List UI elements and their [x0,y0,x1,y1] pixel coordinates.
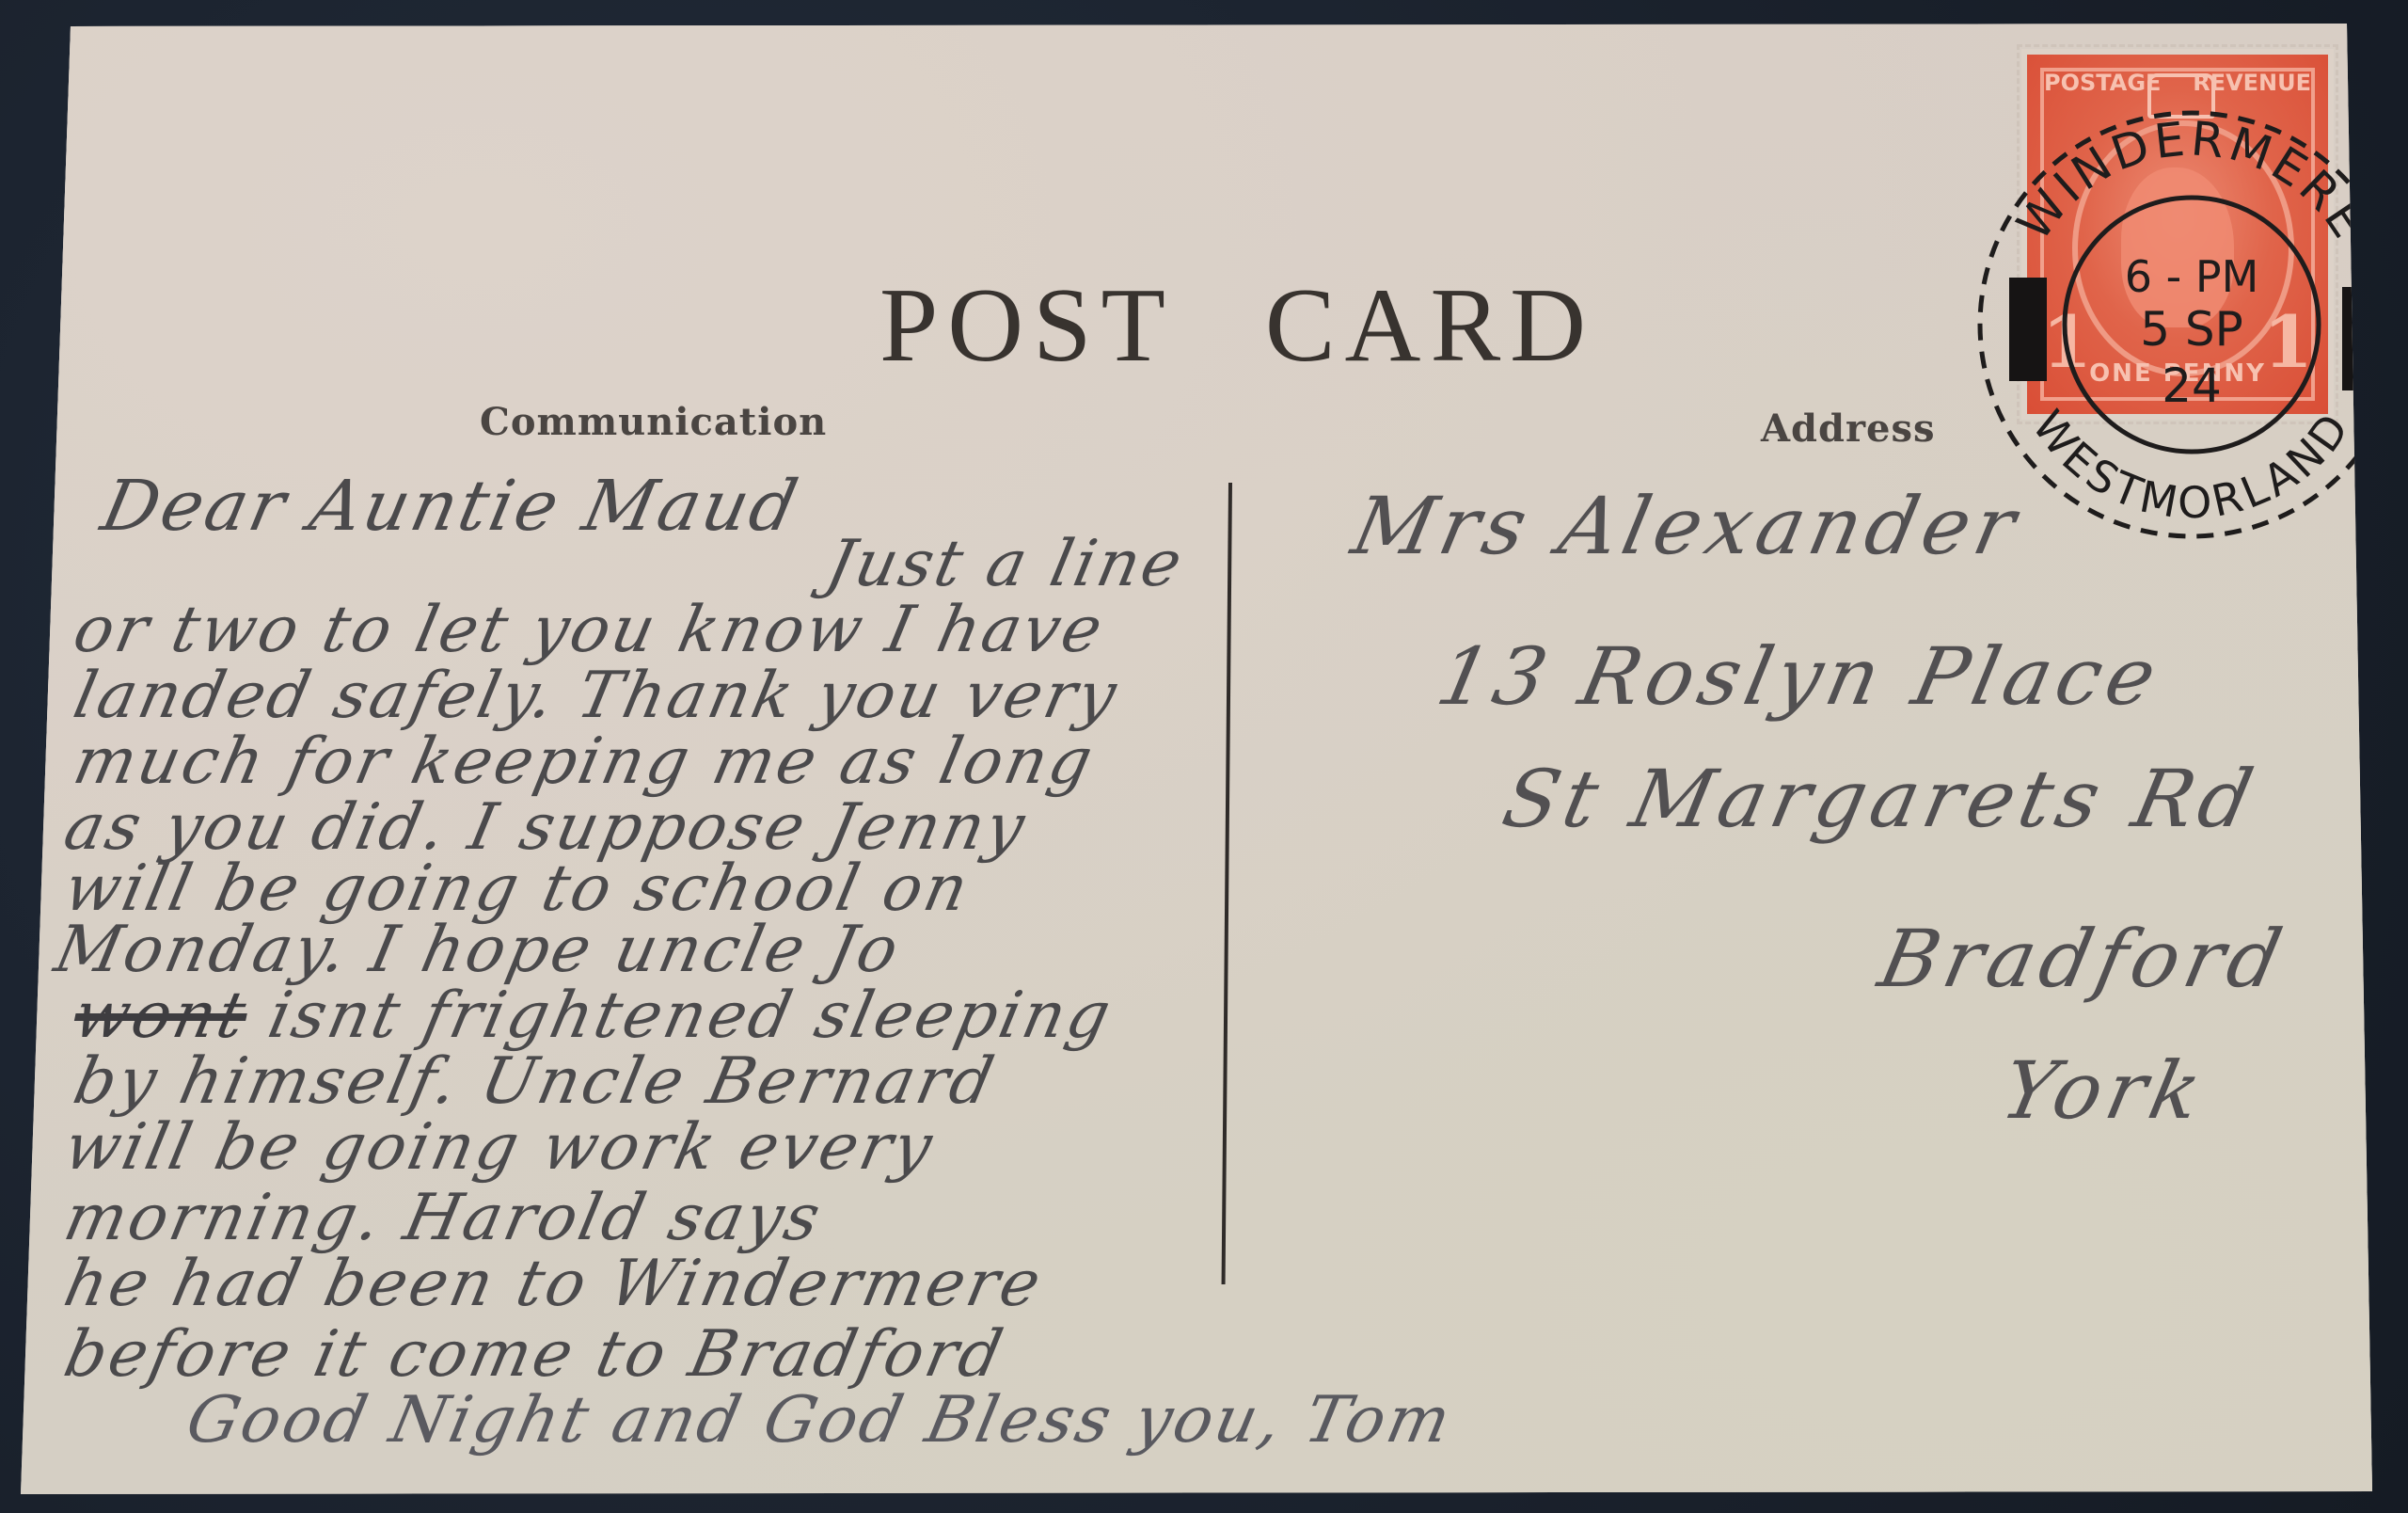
stamp-postage-text: POSTAGE [2044,70,2161,96]
message-line: morning. Harold says [58,1181,830,1255]
message-signoff: Good Night and God Bless you, Tom [181,1383,1460,1457]
message-line: or two to let you know I have [68,593,1112,667]
address-city: Bradford [1872,913,2295,1005]
message-line: before it come to Bradford [58,1317,1012,1392]
postcard-title: POST CARD [879,265,1595,387]
message-line: will be going work every [58,1110,942,1185]
address-name: Mrs Alexander [1345,480,2029,572]
crown-icon [2147,73,2215,119]
address-line-1: 13 Roslyn Place [1430,630,2170,723]
message-line: wont isnt frightened sleeping [68,979,1119,1053]
address-line-2: St Margarets Rd [1496,753,2266,845]
message-line-text: isnt frightened sleeping [261,979,1118,1053]
message-line: Dear Auntie Maud [95,466,807,547]
postmark-bar-right [2342,287,2368,390]
king-portrait-icon [2121,167,2234,327]
svg-text:WESTMORLAND: WESTMORLAND [2022,401,2360,528]
message-line: Monday. I hope uncle Jo [49,913,908,987]
message-line: landed safely. Thank you very [68,659,1126,733]
communication-label: Communication [480,400,827,444]
message-line: Just a line [820,527,1191,601]
postage-stamp: POSTAGE REVENUE 1 1 ONE PENNY [2027,55,2328,414]
center-divider-line [1222,483,1232,1284]
postcard-back: POST CARD Communication Address Dear Aun… [0,0,2408,1513]
stamp-value-text: ONE PENNY [2083,359,2272,388]
struck-word: wont [68,979,255,1053]
message-line: much for keeping me as long [68,725,1101,799]
message-line: he had been to Windermere [58,1247,1050,1321]
address-label: Address [1761,406,1936,451]
address-county: York [1994,1044,2215,1137]
message-line: by himself. Uncle Bernard [68,1044,1003,1119]
